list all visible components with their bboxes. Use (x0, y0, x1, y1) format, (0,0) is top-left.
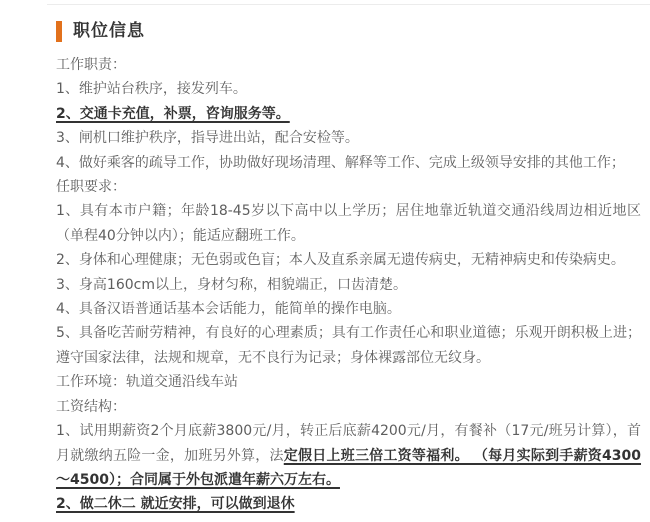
salary-heading: 工资结构： (56, 395, 641, 419)
requirement-item: 3、身高160cm以上，身材匀称，相貌端正，口齿清楚。 (56, 273, 641, 297)
page-title: 职位信息 (73, 23, 145, 40)
requirement-item: 1、具有本市户籍；年龄18-45岁以下高中以上学历；居住地靠近轨道交通沿线周边相… (56, 199, 641, 248)
section-header: 职位信息 (56, 21, 145, 42)
accent-bar-icon (56, 21, 62, 42)
requirement-item: 5、具备吃苦耐劳精神，有良好的心理素质；具有工作责任心和职业道德；乐观开朗积极上… (56, 321, 641, 370)
duties-heading: 工作职责： (56, 53, 641, 77)
duty-item: 3、闸机口维护秩序，指导进出站，配合安检等。 (56, 126, 641, 150)
requirement-item: 2、身体和心理健康；无色弱或色盲；本人及直系亲属无遗传病史，无精神病史和传染病史… (56, 248, 641, 272)
duty-item: 4、做好乘客的疏导工作，协助做好现场清理、解释等工作、完成上级领导安排的其他工作… (56, 151, 641, 175)
work-environment-line: 工作环境：轨道交通沿线车站 (56, 370, 641, 394)
duty-item: 1、维护站台秩序，接发列车。 (56, 77, 641, 101)
requirement-item: 4、具备汉语普通话基本会话能力，能简单的操作电脑。 (56, 297, 641, 321)
salary-item-1: 1、试用期薪资2个月底薪3800元/月，转正后底薪4200元/月，有餐补（17元… (56, 419, 641, 492)
salary-item-2-highlighted: 2、做二休二 就近安排，可以做到退休 (56, 492, 641, 516)
duty-item-highlighted: 2、交通卡充值，补票，咨询服务等。 (56, 102, 641, 126)
job-description-body: 工作职责： 1、维护站台秩序，接发列车。 2、交通卡充值，补票，咨询服务等。 3… (56, 53, 641, 517)
top-divider (47, 4, 650, 5)
requirements-heading: 任职要求： (56, 175, 641, 199)
